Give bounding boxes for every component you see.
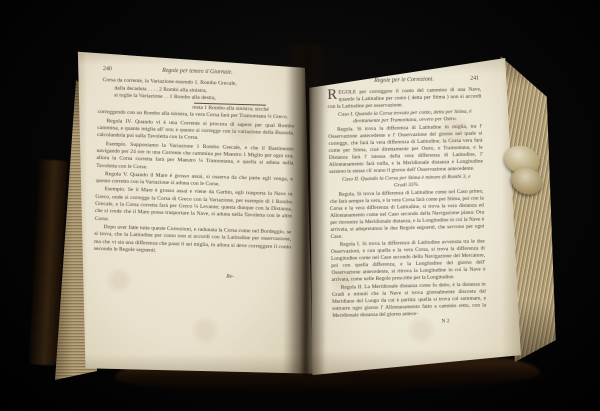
paragraph: Esempio. Se il Mare è grosso assai e vie… [95,186,293,228]
left-page: 240 Regole per tenere il Giornale. Corsa… [70,45,316,381]
left-page-text: 240 Regole per tenere il Giornale. Corsa… [93,66,296,284]
catchword: Re- [93,270,290,283]
right-page-text: Regole per le Correzioni. 241 REGOLE per… [327,76,487,329]
photo-background: 240 Regole per tenere il Giornale. Corsa… [0,0,600,411]
right-running-title: Regole per le Correzioni. [374,77,434,84]
right-page: Regole per le Correzioni. 241 REGOLE per… [298,48,522,380]
paragraph: Esempio. Supponiamo la Variazione 1 Romb… [96,141,294,176]
paragraph: Regola II. La Meridionale distanza come … [332,281,487,319]
opening-paragraph: REGOLE per correggere il conto del cammi… [327,87,481,111]
left-running-head: 240 Regole per tenere il Giornale. [99,66,296,79]
right-running-head: Regole per le Correzioni. 241 [327,76,481,86]
drop-cap: R [327,90,338,102]
paragraph: Regola I. Si trova la differenza di Lati… [331,238,486,283]
opening-text: EGOLE per correggere il conto del cammin… [328,87,482,110]
left-page-number: 240 [103,66,112,74]
left-running-title: Regole per tenere il Giornale. [162,68,233,76]
paragraph: Regola. Si trova la differenza di Latitu… [330,188,485,240]
paragraph: Dopo aver fatte tutte queste Correzioni,… [94,224,292,259]
paragraph: Regola. Si trova la differenza di Latitu… [328,123,483,175]
right-page-number: 241 [470,76,479,83]
